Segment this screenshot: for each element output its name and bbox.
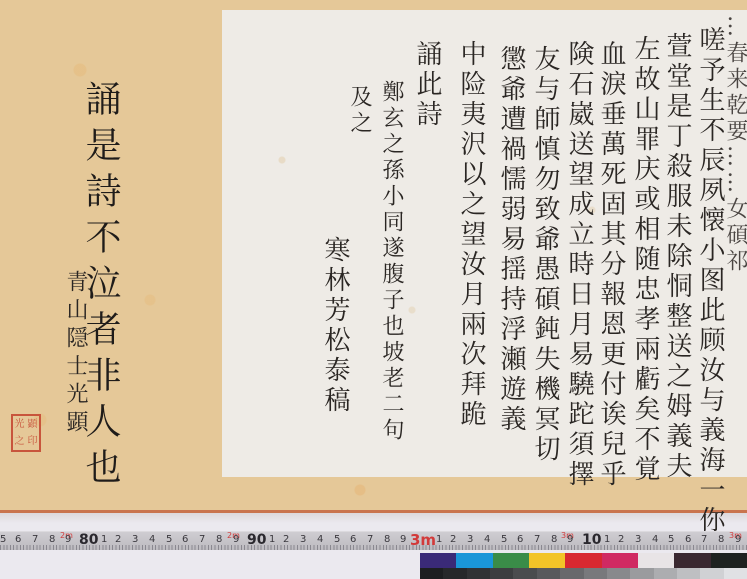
letter-column: 誦此詩 <box>414 40 440 130</box>
gray-patch <box>537 568 560 579</box>
tape-label: 8 <box>551 534 557 545</box>
tape-label: 5 <box>501 534 507 545</box>
color-patch <box>674 553 710 568</box>
tape-label: 6 <box>350 534 356 545</box>
tape-label: 3 <box>467 534 473 545</box>
gray-patch <box>443 568 466 579</box>
color-patch <box>638 553 674 568</box>
tape-label: 4 <box>652 534 658 545</box>
letter-column: 及之 <box>348 85 370 137</box>
tape-label: 1 <box>436 534 442 545</box>
letter-column: 左故山罪庆或相随忠孝兩虧矣不覚 <box>632 35 658 485</box>
color-patch <box>711 553 747 568</box>
seal-char: 之 <box>15 437 25 447</box>
tape-label: 8 <box>718 534 724 545</box>
tape-label: 9 <box>65 534 71 545</box>
tape-label: 2 <box>618 534 624 545</box>
letter-column-partial: …春来乾要……女碩祁 <box>724 15 746 275</box>
tape-label: 1 <box>269 534 275 545</box>
tape-label: 3 <box>635 534 641 545</box>
tape-label: 2 <box>115 534 121 545</box>
tape-ticks <box>0 545 747 550</box>
tape-label: 6 <box>15 534 21 545</box>
gray-patch <box>584 568 607 579</box>
gray-patch <box>420 568 443 579</box>
seal-char: 印 <box>28 437 38 447</box>
letter-column: 鄭玄之孫小同遂腹子也坡老二句 <box>380 80 402 444</box>
tape-label: 2 <box>283 534 289 545</box>
gray-scale <box>420 568 747 579</box>
tape-label: 90 <box>247 532 266 548</box>
letter-column: 嗟予生不辰夙懐小图此顾汝与義海一你 <box>697 26 723 536</box>
tape-label: 9 <box>233 534 239 545</box>
letter-column: 萱堂是丁殺服未除恫整送之姆義夫 <box>664 32 690 482</box>
tape-label: 3 <box>132 534 138 545</box>
gray-patch <box>724 568 747 579</box>
gray-patch <box>513 568 536 579</box>
tape-label: 5 <box>668 534 674 545</box>
gray-patch <box>560 568 583 579</box>
letter-column: 険石崴送望成立時日月易驍跎須擇 <box>566 40 592 490</box>
gray-patch <box>700 568 723 579</box>
tape-label: 7 <box>701 534 707 545</box>
color-patch <box>602 553 638 568</box>
tape-label: 10 <box>582 532 601 548</box>
color-patch <box>565 553 601 568</box>
tape-label: 6 <box>517 534 523 545</box>
letter-signature: 寒林芳松泰稿 <box>322 236 348 416</box>
inscription-signature: 青山隠士光顕 <box>64 270 86 438</box>
tape-label: 4 <box>317 534 323 545</box>
tape-label: 1 <box>604 534 610 545</box>
tape-label: 3 <box>300 534 306 545</box>
letter-column: 友与師慎勿致爺愚碩鈍失機冥切 <box>532 45 558 465</box>
color-patch <box>456 553 492 568</box>
color-patch <box>529 553 565 568</box>
color-patches <box>420 553 747 568</box>
mount-shadow <box>0 513 747 523</box>
tape-label: 8 <box>49 534 55 545</box>
seal-char: 光 <box>15 420 25 430</box>
tape-label: 6 <box>685 534 691 545</box>
measuring-tape: 56782m980123456782m9901234567893m1234567… <box>0 531 747 550</box>
tape-label: 5 <box>0 534 6 545</box>
gray-patch <box>677 568 700 579</box>
tape-label: 7 <box>32 534 38 545</box>
tape-label: 7 <box>534 534 540 545</box>
color-patch <box>493 553 529 568</box>
red-seal: 光 顕 之 印 <box>11 414 41 452</box>
tape-label: 8 <box>216 534 222 545</box>
color-patch <box>420 553 456 568</box>
letter-column: 血淚垂萬死固其分報恩更付诶兒乎 <box>598 40 624 490</box>
gray-patch <box>490 568 513 579</box>
tape-label: 5 <box>334 534 340 545</box>
tape-label: 8 <box>384 534 390 545</box>
tape-label: 3m <box>410 531 436 549</box>
gray-patch <box>630 568 653 579</box>
tape-label: 80 <box>79 532 98 548</box>
tape-label: 5 <box>166 534 172 545</box>
tape-label: 1 <box>101 534 107 545</box>
letter-column: 中险夷沢以之望汝月兩次拜跪 <box>458 40 484 430</box>
tape-label: 4 <box>149 534 155 545</box>
color-checker <box>420 553 747 579</box>
tape-label: 7 <box>199 534 205 545</box>
tape-label: 9 <box>735 534 741 545</box>
gray-patch <box>654 568 677 579</box>
gray-patch <box>607 568 630 579</box>
tape-label: 6 <box>182 534 188 545</box>
tape-label: 9 <box>400 534 406 545</box>
tape-label: 7 <box>367 534 373 545</box>
tape-label: 4 <box>484 534 490 545</box>
letter-column: 懲爺遭禍懦弱易揺持浮瀬遊義 <box>498 45 524 435</box>
seal-char: 顕 <box>28 420 38 430</box>
tape-label: 9 <box>567 534 573 545</box>
gray-patch <box>467 568 490 579</box>
tape-label: 2 <box>450 534 456 545</box>
